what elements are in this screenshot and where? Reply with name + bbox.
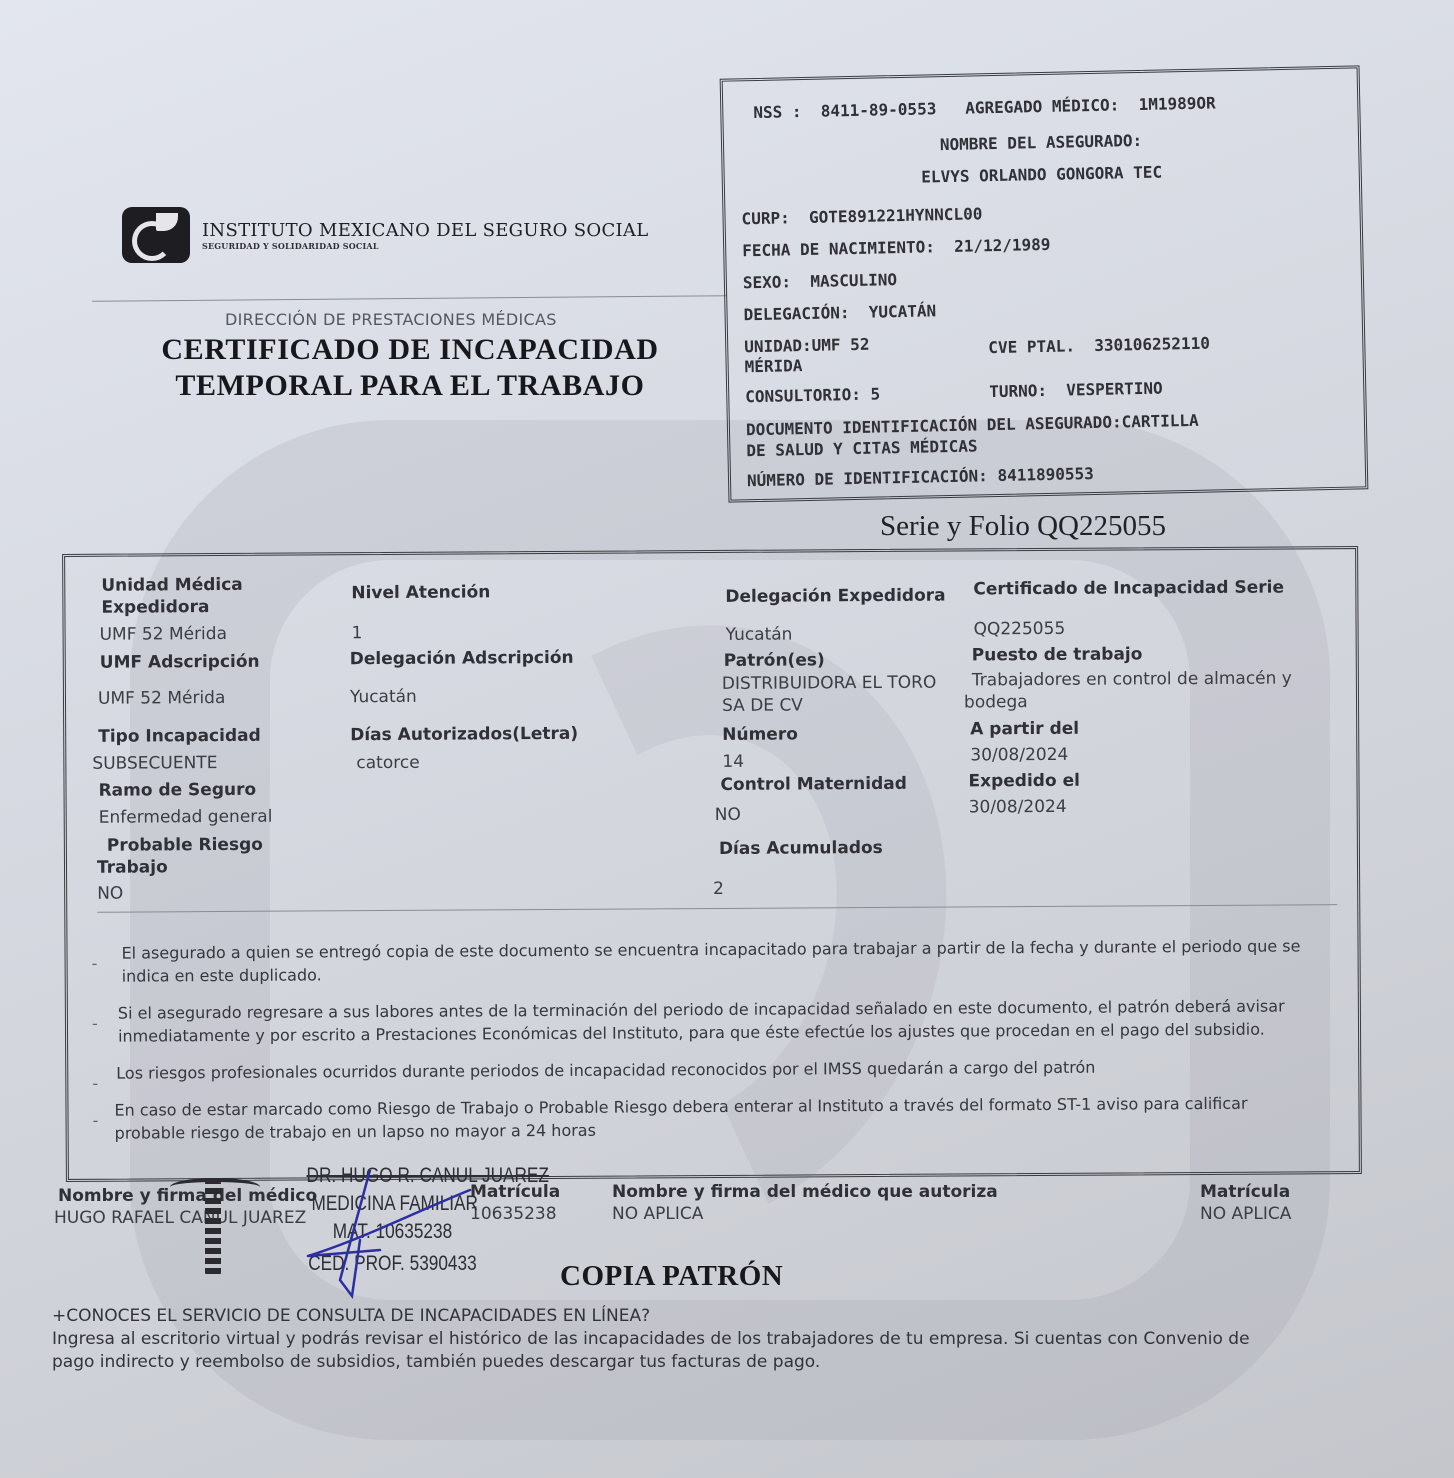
expedido-label: Expedido el: [968, 771, 1080, 792]
notes-list: El asegurado a quien se entregó copia de…: [91, 934, 1322, 1159]
dias-acumulados-value: 2: [713, 879, 724, 899]
birth-value: 21/12/1989: [954, 235, 1051, 256]
riesgo-value: NO: [97, 884, 123, 904]
id-number-value: 8411890553: [997, 464, 1094, 485]
patron-value: DISTRIBUIDORA EL TORO SA DE CV: [722, 672, 937, 717]
a-partir-value: 30/08/2024: [970, 745, 1068, 766]
tipo-incapacidad-label: Tipo Incapacidad: [98, 726, 261, 747]
header-divider: [92, 295, 727, 302]
dias-letra-value: catorce: [356, 753, 419, 773]
name-label: NOMBRE DEL ASEGURADO:: [724, 126, 1358, 158]
unidad-medica-value: UMF 52 Mérida: [100, 624, 228, 645]
unidad-row: UNIDAD:UMF 52 MÉRIDA: [744, 335, 870, 378]
serie-folio: Serie y Folio QQ225055: [880, 510, 1166, 543]
medico-autoriza-value: NO APLICA: [612, 1204, 703, 1224]
cve-value: 330106252110: [1094, 334, 1210, 355]
a-partir-label: A partir del: [970, 719, 1079, 740]
institute-tagline: SEGURIDAD Y SOLIDARIDAD SOCIAL: [202, 241, 648, 251]
patient-info-box: NSS : 8411-89-0553 AGREGADO MÉDICO: 1M19…: [720, 65, 1369, 502]
note-item: En caso de estar marcado como Riesgo de …: [92, 1091, 1322, 1145]
delegacion-expedidora-value: Yucatán: [726, 625, 793, 645]
medico-autoriza-label: Nombre y firma del médico que autoriza: [612, 1182, 998, 1202]
turno-row: TURNO: VESPERTINO: [989, 379, 1163, 402]
unidad-medica-label: Unidad Médica Expedidora: [101, 574, 243, 619]
delegacion-row: DELEGACIÓN: YUCATÁN: [743, 301, 936, 324]
institute-name: INSTITUTO MEXICANO DEL SEGURO SOCIAL: [202, 220, 648, 241]
consultorio-row: CONSULTORIO: 5: [745, 384, 880, 406]
title-line-2: TEMPORAL PARA EL TRABAJO: [150, 368, 670, 404]
ramo-label: Ramo de Seguro: [98, 780, 256, 801]
dias-letra-label: Días Autorizados(Letra): [350, 724, 578, 745]
sex-row: SEXO: MASCULINO: [743, 270, 898, 292]
department-name: DIRECCIÓN DE PRESTACIONES MÉDICAS: [225, 310, 557, 329]
nss-row: NSS : 8411-89-0553 AGREGADO MÉDICO: 1M19…: [753, 93, 1216, 122]
caduceus-icon: [205, 1178, 221, 1278]
curp-row: CURP: GOTE891221HYNNCL00: [741, 204, 982, 228]
copy-label: COPIA PATRÓN: [560, 1260, 783, 1293]
document-title: CERTIFICADO DE INCAPACIDAD TEMPORAL PARA…: [150, 332, 670, 404]
matricula2-label: Matrícula: [1200, 1182, 1290, 1202]
note-item: El asegurado a quien se entregó copia de…: [91, 934, 1321, 988]
sex-value: MASCULINO: [810, 270, 897, 291]
numero-value: 14: [722, 752, 744, 772]
note-item: Los riesgos profesionales ocurridos dura…: [92, 1054, 1322, 1085]
nivel-label: Nivel Atención: [351, 582, 490, 603]
unidad-value: UMF 52: [811, 335, 869, 355]
birth-row: FECHA DE NACIMIENTO: 21/12/1989: [742, 235, 1051, 260]
incapacity-details-box: Unidad Médica Expedidora UMF 52 Mérida U…: [62, 546, 1362, 1182]
umf-adscripcion-label: UMF Adscripción: [100, 652, 260, 673]
footer-line-3: pago indirecto y reembolso de subsidios,…: [52, 1351, 1250, 1374]
certificado-serie-label: Certificado de Incapacidad Serie: [973, 578, 1284, 600]
maternidad-label: Control Maternidad: [720, 774, 906, 795]
title-line-1: CERTIFICADO DE INCAPACIDAD: [150, 332, 670, 368]
riesgo-label: Probable Riesgo Trabajo: [97, 834, 263, 879]
imss-logo-icon: [122, 207, 190, 263]
footer-line-2: Ingresa al escritorio virtual y podrás r…: [52, 1328, 1250, 1351]
dias-acumulados-label: Días Acumulados: [719, 838, 883, 859]
doctor-stamp: DR. HUGO R. CANUL JUAREZ MEDICINA FAMILI…: [300, 1162, 549, 1278]
puesto-value: Trabajadores en control de almacén y bod…: [964, 667, 1292, 713]
curp-value: GOTE891221HYNNCL00: [809, 204, 983, 227]
id-number-row: NÚMERO DE IDENTIFICACIÓN: 8411890553: [747, 464, 1094, 490]
nss-value: 8411-89-0553: [821, 99, 937, 120]
document-id-row: DOCUMENTO IDENTIFICACIÓN DEL ASEGURADO:C…: [746, 410, 1200, 461]
turno-value: VESPERTINO: [1066, 379, 1163, 400]
section-divider: [97, 904, 1337, 913]
delegacion-expedidora-label: Delegación Expedidora: [725, 586, 945, 607]
consultorio-value: 5: [870, 384, 880, 403]
nivel-value: 1: [352, 623, 363, 643]
certificado-serie-value: QQ225055: [974, 619, 1066, 640]
expedido-value: 30/08/2024: [969, 797, 1067, 818]
ramo-value: Enfermedad general: [99, 807, 273, 828]
delegacion-adscripcion-label: Delegación Adscripción: [350, 648, 574, 669]
puesto-label: Puesto de trabajo: [972, 644, 1143, 665]
patron-label: Patrón(es): [724, 650, 825, 671]
delegacion-value: YUCATÁN: [869, 301, 937, 321]
medico-value: HUGO RAFAEL CANUL JUAREZ: [54, 1208, 306, 1228]
umf-adscripcion-value: UMF 52 Mérida: [98, 688, 226, 709]
patient-name: ELVYS ORLANDO GONGORA TEC: [725, 158, 1359, 190]
agregado-value: 1M1989OR: [1138, 93, 1215, 114]
numero-label: Número: [722, 724, 798, 744]
footer-line-1: +CONOCES EL SERVICIO DE CONSULTA DE INCA…: [52, 1305, 1250, 1328]
maternidad-value: NO: [715, 805, 741, 825]
matricula2-value: NO APLICA: [1200, 1204, 1291, 1224]
note-item: Si el asegurado regresare a sus labores …: [92, 994, 1322, 1048]
tipo-incapacidad-value: SUBSECUENTE: [92, 753, 217, 774]
cve-row: CVE PTAL. 330106252110: [988, 334, 1210, 358]
delegacion-adscripcion-value: Yucatán: [350, 687, 417, 707]
footer-info: +CONOCES EL SERVICIO DE CONSULTA DE INCA…: [52, 1305, 1250, 1374]
institute-header: INSTITUTO MEXICANO DEL SEGURO SOCIAL SEG…: [122, 207, 648, 263]
